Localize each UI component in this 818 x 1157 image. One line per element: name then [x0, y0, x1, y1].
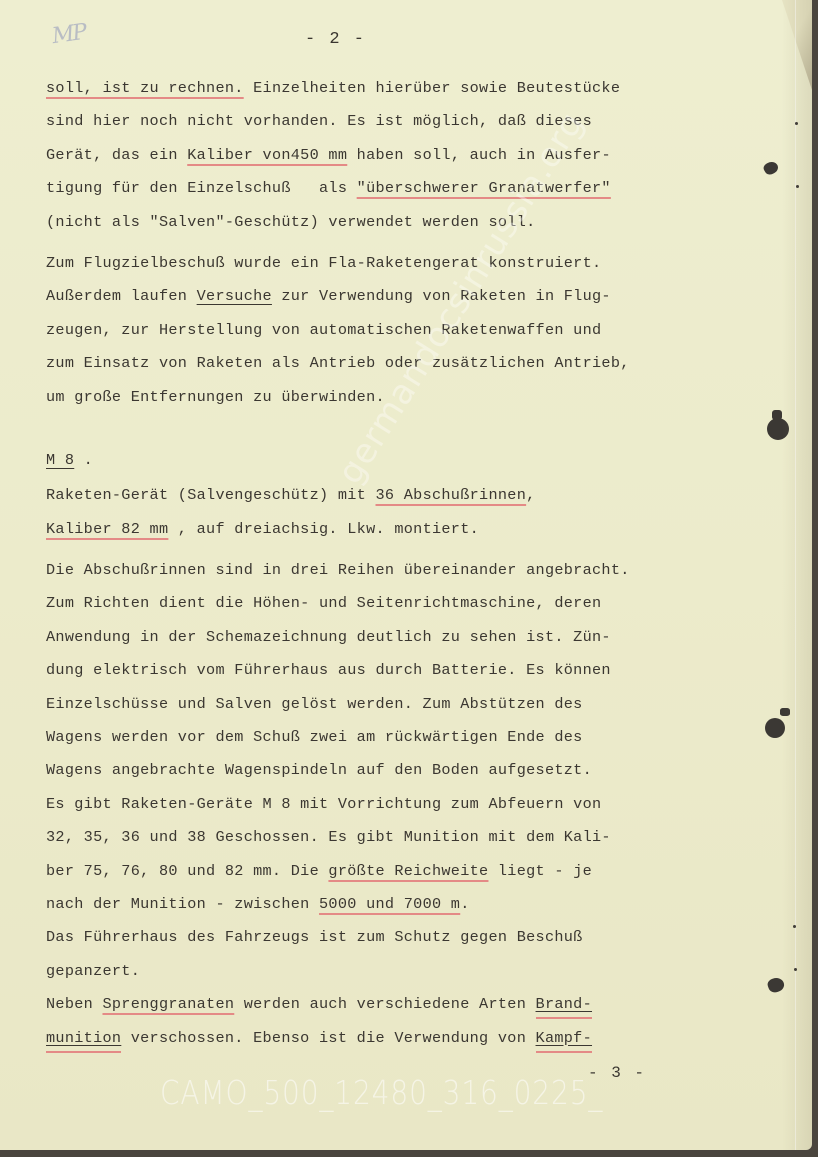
- text-segment: Einzelheiten hierüber sowie Beutestücke: [244, 79, 621, 97]
- text-line: zum Einsatz von Raketen als Antrieb oder…: [46, 347, 686, 380]
- text-line: Zum Richten dient die Höhen- und Seitenr…: [46, 587, 686, 620]
- underlined-text: 5000 und 7000 m: [319, 895, 460, 913]
- text-segment: (nicht als "Salven"-Geschütz) verwendet …: [46, 213, 536, 231]
- text-line: ber 75, 76, 80 und 82 mm. Die größte Rei…: [46, 855, 686, 888]
- text-line: sind hier noch nicht vorhanden. Es ist m…: [46, 105, 686, 138]
- paragraph: Das Führerhaus des Fahrzeugs ist zum Sch…: [46, 921, 686, 988]
- text-segment: .: [74, 451, 93, 469]
- text-segment: zum Einsatz von Raketen als Antrieb oder…: [46, 354, 630, 372]
- staple-mark: [793, 925, 796, 928]
- underlined-text: "überschwerer Granatwerfer": [357, 179, 611, 197]
- text-segment: Zum Richten dient die Höhen- und Seitenr…: [46, 594, 601, 612]
- text-line: um große Entfernungen zu überwinden.: [46, 381, 686, 414]
- text-segment: Anwendung in der Schemazeichnung deutlic…: [46, 628, 611, 646]
- text-line: (nicht als "Salven"-Geschütz) verwendet …: [46, 206, 686, 239]
- text-segment: werden auch verschiedene Arten: [234, 995, 535, 1013]
- watermark-archive-id: CAMO_500_12480_316_0225_: [160, 1073, 603, 1112]
- text-segment: Die Abschußrinnen sind in drei Reihen üb…: [46, 561, 630, 579]
- paragraph: Neben Sprenggranaten werden auch verschi…: [46, 988, 686, 1055]
- underlined-text: Kampf-: [536, 1029, 592, 1053]
- paragraph: soll, ist zu rechnen. Einzelheiten hierü…: [46, 72, 686, 239]
- paragraph: Die Abschußrinnen sind in drei Reihen üb…: [46, 554, 686, 788]
- paragraph: Raketen-Gerät (Salvengeschütz) mit 36 Ab…: [46, 479, 686, 546]
- text-segment: Zum Flugzielbeschuß wurde ein Fla-Rakete…: [46, 254, 601, 272]
- text-line: nach der Munition - zwischen 5000 und 70…: [46, 888, 686, 921]
- page-number-top: - 2 -: [305, 30, 366, 49]
- text-line: tigung für den Einzelschuß als "überschw…: [46, 172, 686, 205]
- punch-hole-icon: [766, 976, 786, 995]
- underlined-text: soll, ist zu rechnen.: [46, 79, 244, 97]
- paragraph: Es gibt Raketen-Geräte M 8 mit Vorrichtu…: [46, 788, 686, 922]
- underlined-text: Kaliber 82 mm: [46, 520, 168, 538]
- punch-hole-icon: [767, 418, 789, 440]
- pencil-annotation: MP: [50, 20, 86, 49]
- text-segment: Wagens angebrachte Wagenspindeln auf den…: [46, 761, 592, 779]
- text-line: munition verschossen. Ebenso ist die Ver…: [46, 1022, 686, 1055]
- underlined-text: Kaliber von450 mm: [187, 146, 347, 164]
- underlined-text: größte Reichweite: [328, 862, 488, 880]
- text-line: Gerät, das ein Kaliber von450 mm haben s…: [46, 139, 686, 172]
- text-line: Wagens angebrachte Wagenspindeln auf den…: [46, 754, 686, 787]
- text-line: Zum Flugzielbeschuß wurde ein Fla-Rakete…: [46, 247, 686, 280]
- text-segment: ber 75, 76, 80 und 82 mm. Die: [46, 862, 328, 880]
- text-segment: Gerät, das ein: [46, 146, 187, 164]
- text-segment: , auf dreiachsig. Lkw. montiert.: [168, 520, 479, 538]
- text-segment: Neben: [46, 995, 102, 1013]
- text-line: Anwendung in der Schemazeichnung deutlic…: [46, 621, 686, 654]
- staple-mark: [796, 185, 799, 188]
- text-segment: Das Führerhaus des Fahrzeugs ist zum Sch…: [46, 928, 583, 946]
- text-line: 32, 35, 36 und 38 Geschossen. Es gibt Mu…: [46, 821, 686, 854]
- page-fold-line: [795, 0, 796, 1150]
- punch-hole-icon: [765, 718, 785, 738]
- text-segment: Raketen-Gerät (Salvengeschütz) mit: [46, 486, 376, 504]
- text-segment: um große Entfernungen zu überwinden.: [46, 388, 385, 406]
- text-line: Die Abschußrinnen sind in drei Reihen üb…: [46, 554, 686, 587]
- text-segment: verschossen. Ebenso ist die Verwendung v…: [121, 1029, 535, 1047]
- text-segment: 32, 35, 36 und 38 Geschossen. Es gibt Mu…: [46, 828, 611, 846]
- text-line: Das Führerhaus des Fahrzeugs ist zum Sch…: [46, 921, 686, 954]
- punch-hole-icon: [772, 410, 782, 420]
- punch-hole-icon: [780, 708, 790, 716]
- text-segment: zeugen, zur Herstellung von automatische…: [46, 321, 601, 339]
- text-segment: Einzelschüsse und Salven gelöst werden. …: [46, 695, 583, 713]
- paragraph: Zum Flugzielbeschuß wurde ein Fla-Rakete…: [46, 247, 686, 414]
- text-segment: .: [460, 895, 469, 913]
- staple-mark: [795, 122, 798, 125]
- underlined-text: Versuche: [197, 287, 272, 305]
- text-line: Es gibt Raketen-Geräte M 8 mit Vorrichtu…: [46, 788, 686, 821]
- text-line: soll, ist zu rechnen. Einzelheiten hierü…: [46, 72, 686, 105]
- text-segment: dung elektrisch vom Führerhaus aus durch…: [46, 661, 611, 679]
- text-segment: sind hier noch nicht vorhanden. Es ist m…: [46, 112, 592, 130]
- text-segment: tigung für den Einzelschuß als: [46, 179, 357, 197]
- document-page: MP - 2 - soll, ist zu rechnen. Einzelhei…: [0, 0, 812, 1150]
- text-line: zeugen, zur Herstellung von automatische…: [46, 314, 686, 347]
- text-segment: Es gibt Raketen-Geräte M 8 mit Vorrichtu…: [46, 795, 601, 813]
- text-line: Wagens werden vor dem Schuß zwei am rück…: [46, 721, 686, 754]
- staple-mark: [794, 968, 797, 971]
- page-corner-curl: [782, 0, 812, 90]
- text-line: dung elektrisch vom Führerhaus aus durch…: [46, 654, 686, 687]
- underlined-text: M 8: [46, 451, 74, 469]
- text-segment: gepanzert.: [46, 962, 140, 980]
- underlined-text: Brand-: [536, 995, 592, 1019]
- text-segment: Außerdem laufen: [46, 287, 197, 305]
- text-line: gepanzert.: [46, 955, 686, 988]
- document-body: soll, ist zu rechnen. Einzelheiten hierü…: [46, 72, 686, 1055]
- punch-hole-icon: [762, 159, 780, 176]
- text-segment: Wagens werden vor dem Schuß zwei am rück…: [46, 728, 583, 746]
- text-line: Neben Sprenggranaten werden auch verschi…: [46, 988, 686, 1021]
- underlined-text: Sprenggranaten: [102, 995, 234, 1013]
- text-segment: ,: [526, 486, 535, 504]
- text-line: Einzelschüsse und Salven gelöst werden. …: [46, 688, 686, 721]
- underlined-text: 36 Abschußrinnen: [376, 486, 527, 504]
- text-segment: nach der Munition - zwischen: [46, 895, 319, 913]
- text-segment: liegt - je: [488, 862, 592, 880]
- text-line: Kaliber 82 mm , auf dreiachsig. Lkw. mon…: [46, 513, 686, 546]
- text-line: Außerdem laufen Versuche zur Verwendung …: [46, 280, 686, 313]
- underlined-text: munition: [46, 1029, 121, 1053]
